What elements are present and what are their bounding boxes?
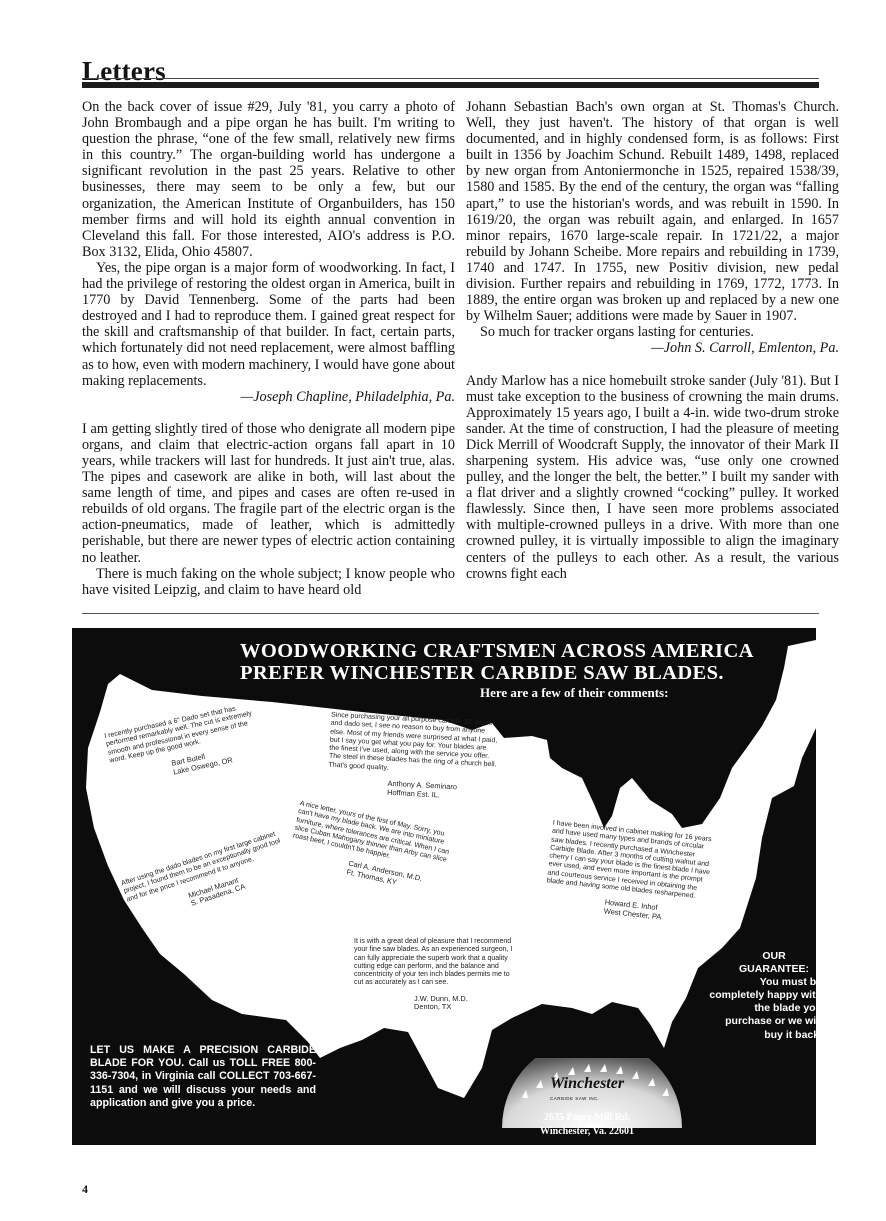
testimonial-text: It is with a great deal of pleasure that…	[354, 938, 512, 986]
guarantee-box: OUR GUARANTEE: You must be completely ha…	[706, 950, 816, 1042]
letter-gap	[466, 357, 839, 373]
winchester-logo-subtitle: CARBIDE SAW INC.	[550, 1096, 600, 1101]
left-column: On the back cover of issue #29, July '81…	[82, 99, 455, 598]
winchester-logo: Winchester	[550, 1075, 624, 1093]
ad-headline: WOODWORKING CRAFTSMEN ACROSS AMERICA PRE…	[240, 640, 800, 684]
page-number: 4	[82, 1182, 88, 1197]
letter2-signature: —John S. Carroll, Emlenton, Pa.	[466, 340, 839, 356]
address-line1: 2635 Paper Mill Rd.	[502, 1111, 672, 1125]
ad-headline-line2: PREFER WINCHESTER CARBIDE SAW BLADES.	[240, 662, 800, 684]
guarantee-text: You must be completely happy with the bl…	[709, 976, 816, 1040]
letter2-paragraph1: I am getting slightly tired of those who…	[82, 421, 455, 566]
letter-gap	[82, 405, 455, 421]
letter1-signature: —Joseph Chapline, Philadelphia, Pa.	[82, 389, 455, 405]
company-address: 2635 Paper Mill Rd. Winchester, Va. 2260…	[502, 1111, 672, 1139]
testimonial: It is with a great deal of pleasure that…	[354, 938, 514, 1012]
section-divider	[82, 613, 819, 614]
ad-subhead: Here are a few of their comments:	[480, 685, 668, 701]
call-to-action: LET US MAKE A PRECISION CARBIDE BLADE FO…	[90, 1044, 316, 1110]
ad-headline-line1: WOODWORKING CRAFTSMEN ACROSS AMERICA	[240, 640, 800, 662]
letter1-paragraph2: Yes, the pipe organ is a major form of w…	[82, 260, 455, 389]
guarantee-title: OUR GUARANTEE:	[706, 950, 816, 976]
header-rule-thin	[82, 78, 819, 79]
letter1-paragraph1: On the back cover of issue #29, July '81…	[82, 99, 455, 260]
right-column: Johann Sebastian Bach's own organ at St.…	[466, 99, 839, 582]
letter2-continued-paragraph: Johann Sebastian Bach's own organ at St.…	[466, 99, 839, 324]
address-line2: Winchester, Va. 22601	[502, 1125, 672, 1139]
header-rule-thick	[82, 82, 819, 88]
testimonial-text: Since purchasing your all purpose carbid…	[328, 712, 497, 772]
testimonial-author: J.W. Dunn, M.D.Denton, TX	[354, 995, 514, 1012]
testimonial: Since purchasing your all purpose carbid…	[327, 712, 499, 803]
letter2-closing-paragraph: So much for tracker organs lasting for c…	[466, 324, 839, 340]
testimonial: I have been involved in cabinet making f…	[544, 820, 718, 927]
winchester-advertisement: WOODWORKING CRAFTSMEN ACROSS AMERICA PRE…	[72, 628, 816, 1145]
letter3-paragraph1: Andy Marlow has a nice homebuilt stroke …	[466, 373, 839, 582]
letter2-paragraph2: There is much faking on the whole subjec…	[82, 566, 455, 598]
